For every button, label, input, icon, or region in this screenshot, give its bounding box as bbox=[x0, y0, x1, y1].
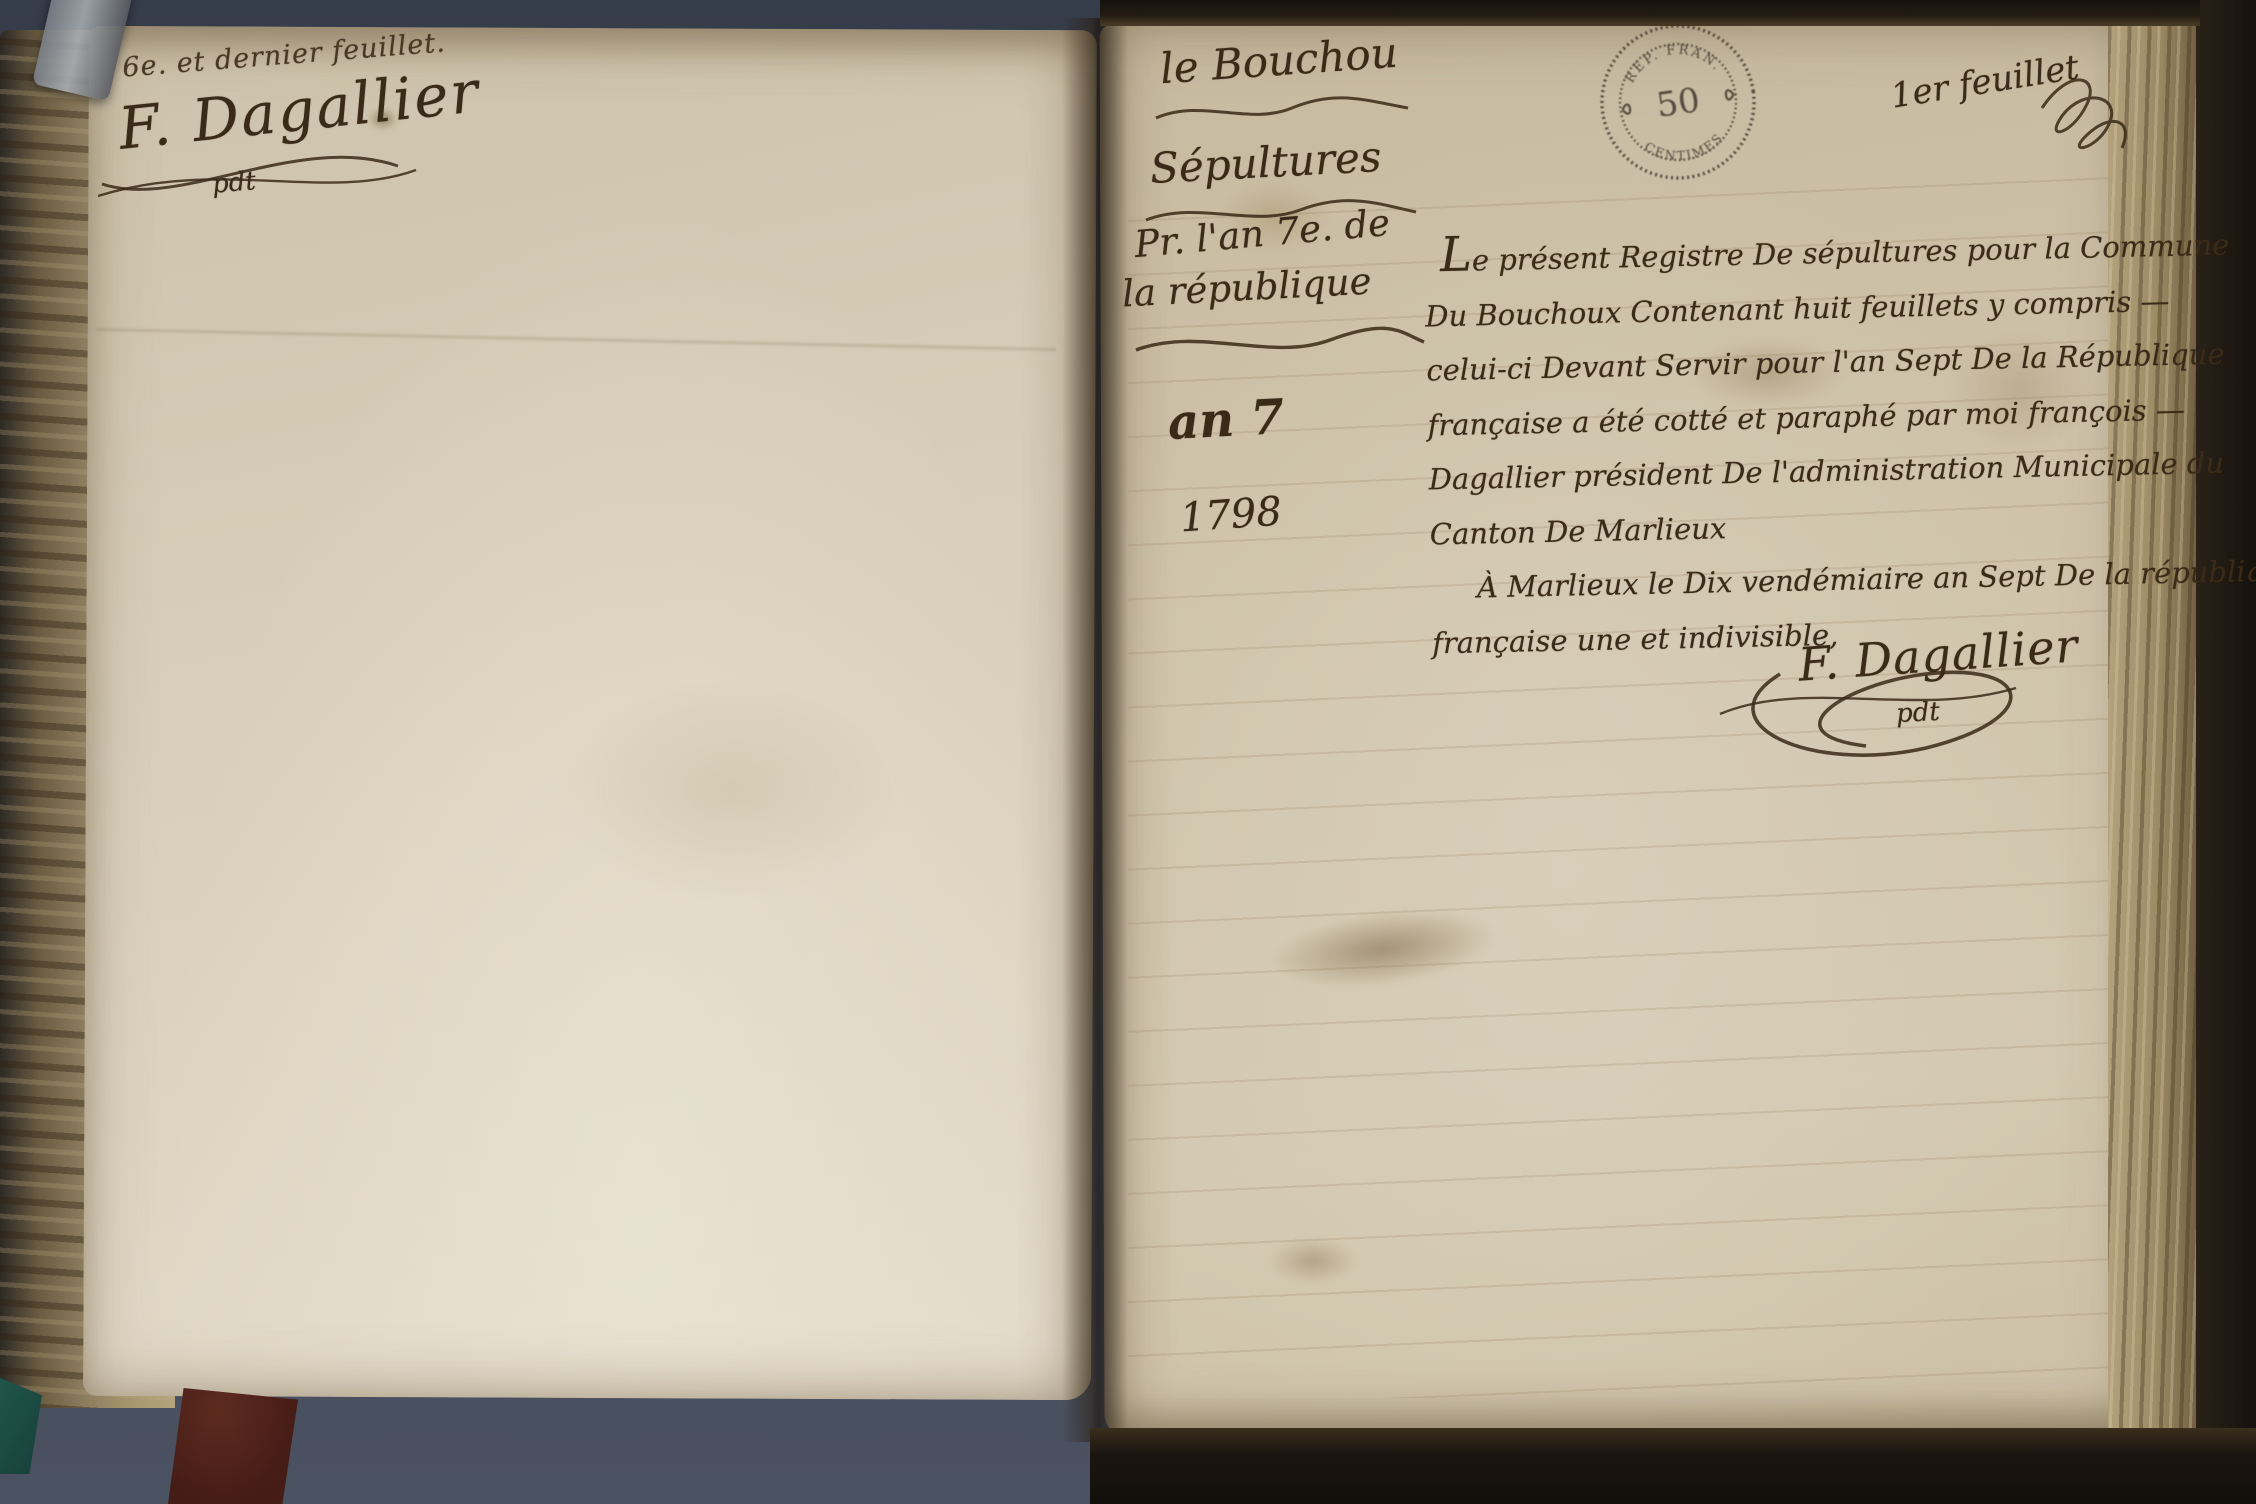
underline-flourish bbox=[1130, 322, 1430, 366]
photo-of-open-register: 6e. et dernier feuillet. F. Dagallier pd… bbox=[0, 0, 2256, 1504]
book-cover-right bbox=[2196, 0, 2256, 1504]
book-cover-bottom bbox=[1090, 1428, 2256, 1504]
binding-gutter-shadow bbox=[1062, 18, 1128, 1442]
revenue-stamp-50-centimes: REP. FRAN. 50 CENTIMES bbox=[1581, 5, 1775, 199]
stamp-value: 50 bbox=[1654, 80, 1702, 126]
stamp-arc-top-text: REP. FRAN. bbox=[1619, 36, 1726, 87]
paper-stain bbox=[1268, 1238, 1358, 1284]
stamp-arc-bottom-text: CENTIMES bbox=[1640, 128, 1728, 168]
margin-gregorian-year: 1798 bbox=[1179, 489, 1284, 542]
register-opening-statement: Le présent Registre De sépultures pour l… bbox=[1423, 215, 2142, 671]
svg-text:REP. FRAN.: REP. FRAN. bbox=[1619, 36, 1726, 87]
folio-paraph bbox=[2026, 62, 2156, 172]
left-page bbox=[83, 26, 1097, 1400]
paper-discoloration bbox=[560, 680, 900, 900]
margin-republican-year: an 7 bbox=[1167, 389, 1286, 451]
signature-flourish bbox=[96, 140, 426, 204]
svg-text:CENTIMES: CENTIMES bbox=[1640, 128, 1728, 168]
underline-flourish bbox=[1152, 92, 1416, 132]
left-page-signature-title: pdt bbox=[211, 166, 257, 200]
cover-corner-leather bbox=[168, 1388, 298, 1504]
right-page-signature-title: pdt bbox=[1895, 697, 1940, 729]
